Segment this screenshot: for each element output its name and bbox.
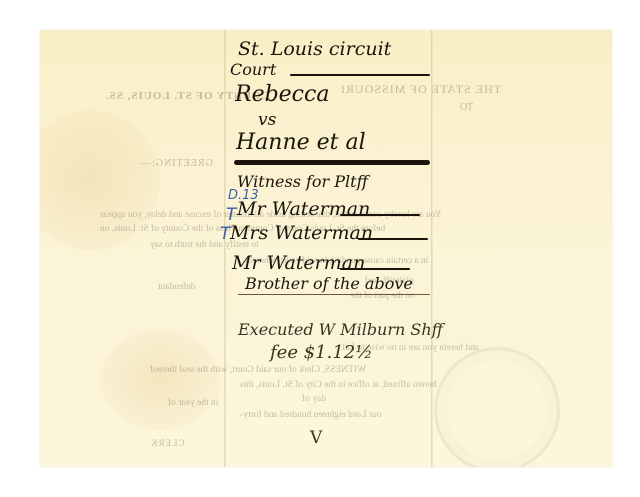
embossed-seal [435,348,559,467]
bleed-line: hereto affixed, at office in the City of… [240,380,437,390]
underline-thick [234,160,430,165]
witness-name: Mr Waterman [232,252,365,274]
divider [238,294,430,295]
court-name-line2: Court [230,60,276,79]
defendant-name: Hanne et al [236,130,366,155]
bleed-greeting: GREETING:— [140,158,213,169]
bleed-state-heading: THE STATE OF MISSOURI [340,82,501,97]
witness-note: Brother of the above [245,274,413,293]
bottom-mark: V [310,428,322,448]
paper-stain [100,330,220,430]
witness-name: Mr Waterman [237,198,370,220]
bleed-clerk: CLERK [150,438,185,448]
bleed-line: our Lord eighteen hundred and forty- [240,410,382,420]
bleed-to: TO [460,102,473,113]
underline [340,268,410,270]
court-name-line1: St. Louis circuit [238,38,391,60]
underline [340,214,420,216]
witness-name: Mrs Waterman [230,222,373,244]
return-of-service: Executed W Milburn Shff [238,320,443,339]
underline [290,74,430,76]
check-mark: T [220,224,230,244]
underline [358,238,428,240]
bleed-line: day of [302,394,326,404]
bleed-line: in the year of [168,398,218,408]
versus: vs [258,110,276,130]
bleed-line: WITNESS, Clerk of our said Court, with t… [150,365,366,375]
document-page: THE STATE OF MISSOURI TO COUNTY OF ST. L… [40,30,612,467]
bleed-line: defendant [158,282,195,292]
sheriff-fee: fee $1.12½ [270,342,373,363]
plaintiff-name: Rebecca [235,82,329,107]
